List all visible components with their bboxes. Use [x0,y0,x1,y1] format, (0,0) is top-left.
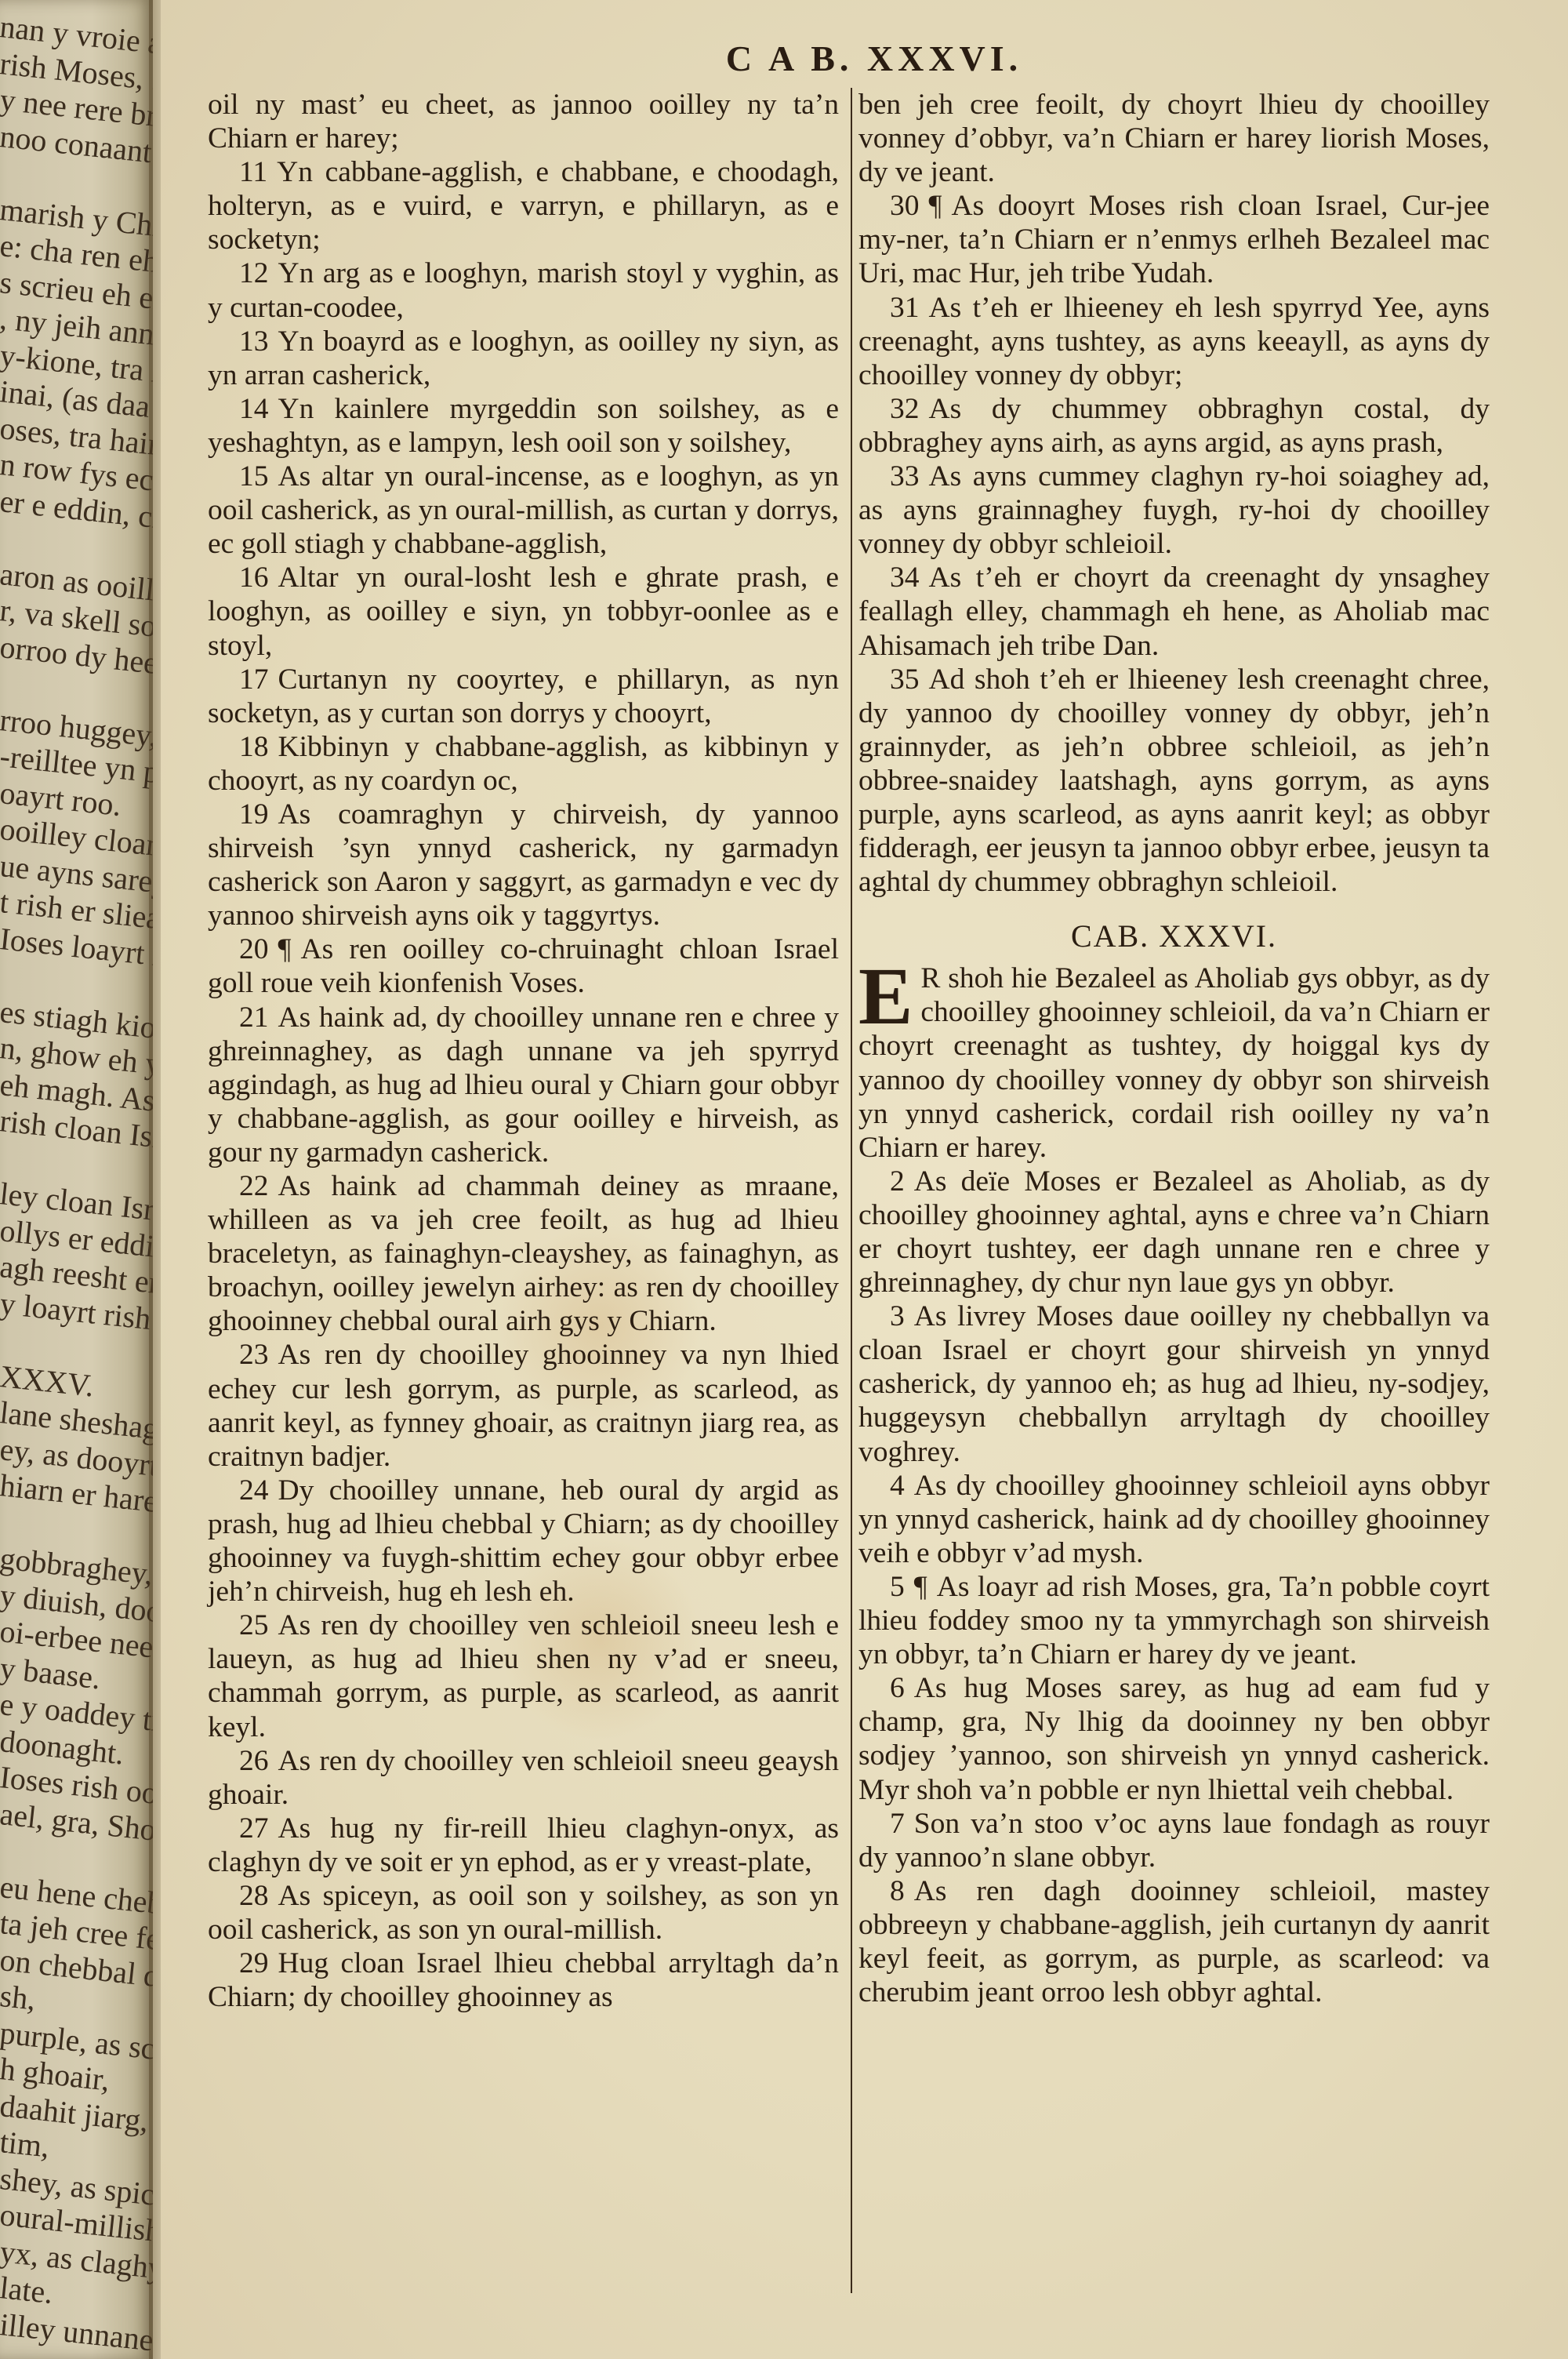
verse: 25As ren dy chooilley ven schleioil snee… [208,1608,839,1743]
verse: 20¶As ren ooilley co-chruinaght chloan I… [208,932,839,1000]
verse-text: As t’eh er choyrt da creenaght dy ynsagh… [858,562,1490,661]
verse-number: 24 [239,1474,269,1507]
verse: 26As ren dy chooilley ven schleioil snee… [208,1744,839,1812]
verse-text: Curtanyn ny cooyrtey, e phillaryn, as ny… [208,663,839,729]
verse: 3As livrey Moses daue ooilley ny chebbal… [858,1299,1490,1468]
verse-number: 8 [890,1875,905,1907]
verse-text: As dy chummey obbraghyn costal, dy obbra… [858,393,1490,459]
verse-text: Dy chooilley unnane, heb oural dy argid … [208,1474,839,1608]
drop-cap: E [858,965,913,1029]
verse: 4As dy chooilley ghooinney schleioil ayn… [858,1469,1490,1570]
facing-page-line: late. [0,2269,55,2311]
verse-text: As loayr ad rish Moses, gra, Ta’n pobble… [858,1571,1490,1670]
verse-number: 23 [239,1339,269,1371]
verse-text: Hug cloan Israel lhieu chebbal arryltagh… [208,1947,839,2013]
verse-number: 11 [239,156,267,188]
verse-number: 13 [239,325,269,358]
verse-number: 4 [890,1470,905,1502]
verse: 14Yn kainlere myrgeddin son soilshey, as… [208,392,839,460]
verse-text: As ren ooilley co-chruinaght chloan Isra… [208,933,839,999]
verse-number: 2 [890,1165,905,1198]
verse: ben jeh cree feoilt, dy choyrt lhieu dy … [858,88,1490,189]
verse-text: Yn boayrd as e looghyn, as ooilley ny si… [208,325,839,391]
verse-text: As ren dagh dooinney schleioil, mastey o… [858,1875,1490,2008]
verse-text: Ad shoh t’eh er lhieeney lesh creenaght … [858,663,1490,899]
verse-text: As coamraghyn y chirveish, dy yannoo shi… [208,798,839,932]
verse: 15As altar yn oural-incense, as e looghy… [208,460,839,561]
verse: 23As ren dy chooilley ghooinney va nyn l… [208,1338,839,1473]
verse-number: 28 [239,1880,269,1912]
verse: 29Hug cloan Israel lhieu chebbal arrylta… [208,1946,839,2014]
verse: 5¶As loayr ad rish Moses, gra, Ta’n pobb… [858,1570,1490,1671]
verse-number: 19 [239,798,269,831]
verse: 13Yn boayrd as e looghyn, as ooilley ny … [208,325,839,392]
verse: 7Son va’n stoo v’oc ayns laue fondagh as… [858,1807,1490,1874]
verses-chapter-35: ben jeh cree feoilt, dy choyrt lhieu dy … [858,88,1490,899]
pilcrow-icon: ¶ [914,1571,927,1603]
verse: 24Dy chooilley unnane, heb oural dy argi… [208,1474,839,1608]
verse-text: As ayns cummey claghyn ry-hoi soiaghey a… [858,460,1490,560]
verse-text: R shoh hie Bezaleel as Aholiab gys obbyr… [858,962,1490,1163]
verse-text: As altar yn oural-incense, as e looghyn,… [208,460,839,560]
verse-text: As hug ny fir-reill lhieu claghyn-onyx, … [208,1812,839,1878]
verse-number: 6 [890,1672,905,1704]
book-page: C A B. XXXVI. oil ny mast’ eu cheet, as … [161,0,1568,2359]
verse-text: As t’eh er lhieeney eh lesh spyrryd Yee,… [858,292,1490,391]
verse-number: 31 [890,292,920,324]
verse-number: 16 [239,562,269,594]
verse-number: 34 [890,562,920,594]
verse-text: oil ny mast’ eu cheet, as jannoo ooilley… [208,89,839,154]
verse-text: As haink ad chammah deiney as mraane, wh… [208,1170,839,1337]
verse-1: ER shoh hie Bezaleel as Aholiab gys obby… [858,961,1490,1165]
verse-number: 18 [239,731,269,763]
verse-text: As ren dy chooilley ghooinney va nyn lhi… [208,1339,839,1472]
verse-text: As dooyrt Moses rish cloan Israel, Cur-j… [858,190,1490,289]
verse: 11Yn cabbane-agglish, e chabbane, e choo… [208,155,839,256]
verse: 16Altar yn oural-losht lesh e ghrate pra… [208,561,839,662]
verse: 8As ren dagh dooinney schleioil, mastey … [858,1874,1490,2009]
verse-number: 29 [239,1947,269,1979]
facing-page-line: sh, [0,1977,38,2018]
verse-text: As deïe Moses er Bezaleel as Aholiab, as… [858,1165,1490,1299]
verses-chapter-36: 2As deïe Moses er Bezaleel as Aholiab, a… [858,1165,1490,2009]
verse: 21As haink ad, dy chooilley unnane ren e… [208,1001,839,1169]
verse-number: 14 [239,393,269,425]
verse: 18Kibbinyn y chabbane-agglish, as kibbin… [208,730,839,798]
verse-text: Yn kainlere myrgeddin son soilshey, as e… [208,393,839,459]
verse: 30¶As dooyrt Moses rish cloan Israel, Cu… [858,189,1490,290]
verse-number: 20 [239,933,269,965]
left-column: oil ny mast’ eu cheet, as jannoo ooilley… [208,88,839,2014]
verse-text: As spiceyn, as ooil son y soilshey, as s… [208,1880,839,1946]
verse-number: 30 [890,190,920,222]
verse-number: 5 [890,1571,905,1603]
verse: 27As hug ny fir-reill lhieu claghyn-onyx… [208,1812,839,1879]
verse: 32As dy chummey obbraghyn costal, dy obb… [858,392,1490,460]
verse: 19As coamraghyn y chirveish, dy yannoo s… [208,798,839,932]
verse: 33As ayns cummey claghyn ry-hoi soiaghey… [858,460,1490,561]
pilcrow-icon: ¶ [929,190,942,222]
column-divider [851,88,852,2293]
verse-number: 32 [890,393,920,425]
verse-text: Kibbinyn y chabbane-agglish, as kibbinyn… [208,731,839,797]
verse-number: 21 [239,1001,269,1034]
verse-text: Yn arg as e looghyn, marish stoyl y vygh… [208,257,839,323]
verse-number: 27 [239,1812,269,1845]
verse-text: As dy chooilley ghooinney schleioil ayns… [858,1470,1490,1569]
verse: 31As t’eh er lhieeney eh lesh spyrryd Ye… [858,291,1490,392]
verse: 22As haink ad chammah deiney as mraane, … [208,1169,839,1338]
verse: 17Curtanyn ny cooyrtey, e phillaryn, as … [208,663,839,730]
verse-text: Son va’n stoo v’oc ayns laue fondagh as … [858,1808,1490,1874]
verse-text: As ren dy chooilley ven schleioil sneeu … [208,1609,839,1743]
verse-number: 12 [239,257,269,289]
verse-text: As haink ad, dy chooilley unnane ren e c… [208,1001,839,1169]
verse: oil ny mast’ eu cheet, as jannoo ooilley… [208,88,839,155]
verse-number: 25 [239,1609,269,1641]
verse: 34As t’eh er choyrt da creenaght dy ynsa… [858,561,1490,662]
verse: 35Ad shoh t’eh er lhieeney lesh creenagh… [858,663,1490,900]
verse: 28As spiceyn, as ooil son y soilshey, as… [208,1879,839,1946]
verse: 12Yn arg as e looghyn, marish stoyl y vy… [208,256,839,324]
pilcrow-icon: ¶ [278,933,292,965]
right-column: ben jeh cree feoilt, dy choyrt lhieu dy … [858,88,1490,2009]
verse-text: Yn cabbane-agglish, e chabbane, e chooda… [208,156,839,256]
verse-number: 7 [890,1808,905,1840]
verse: 2As deïe Moses er Bezaleel as Aholiab, a… [858,1165,1490,1299]
verse-number: 22 [239,1170,269,1202]
verse-number: 26 [239,1745,269,1777]
verse: 6As hug Moses sarey, as hug ad eam fud y… [858,1671,1490,1806]
chapter-heading: CAB. XXXVI. [858,916,1490,957]
verse-number: 17 [239,663,269,696]
verse-text: Altar yn oural-losht lesh e ghrate prash… [208,562,839,661]
facing-page-line: tim, [0,2123,51,2165]
verse-number: 33 [890,460,920,493]
verse-number: 3 [890,1300,905,1332]
facing-page-line: illey unnane ta s [0,2306,153,2359]
verse-number: 35 [890,663,920,696]
verse-text: ben jeh cree feoilt, dy choyrt lhieu dy … [858,89,1490,188]
verse-text: As ren dy chooilley ven schleioil sneeu … [208,1745,839,1811]
verse-number: 15 [239,460,269,493]
verse-text: As livrey Moses daue ooilley ny chebball… [858,1300,1490,1467]
facing-page-edge: nan y vroie aynsrish Moses, Scriey nee r… [0,0,153,2359]
verse-text: As hug Moses sarey, as hug ad eam fud y … [858,1672,1490,1805]
running-head: C A B. XXXVI. [710,38,1039,79]
